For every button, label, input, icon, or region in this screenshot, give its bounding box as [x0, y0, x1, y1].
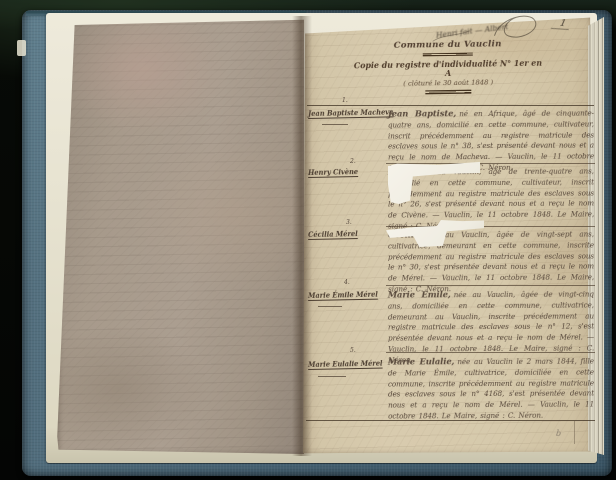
- margin-dash: [322, 124, 348, 125]
- closing-date: ( clôturé le 30 août 1848 ): [352, 78, 544, 89]
- spine-label-tab: [17, 40, 26, 56]
- entry-number: 1.: [342, 97, 348, 104]
- commune-title: Commune du Vauclin: [352, 39, 544, 52]
- left-page-blank: [56, 18, 304, 454]
- header-rule-bottom: [425, 90, 471, 94]
- page-header: Commune du Vauclin Copie du registre d'i…: [352, 39, 545, 99]
- entry-margin-name: Cécilia Mérel: [308, 229, 378, 239]
- entry-number: 2.: [350, 158, 356, 165]
- margin-dash: [318, 376, 346, 377]
- entry-separator: [386, 226, 595, 227]
- entry-body: née au Vauclin, âgée de vingt-cinq ans, …: [388, 289, 594, 364]
- entry-margin-name: Jean Baptiste Macheva: [308, 108, 378, 118]
- page-bottom-rule: [306, 420, 595, 421]
- entry-separator: [386, 285, 595, 286]
- header-rule-top: [423, 53, 473, 57]
- archival-book-scan: Henri fait — Albert 1 Commune du Vauclin…: [0, 0, 616, 480]
- entry-text: Marie Eulalie,née au Vauclin le 2 mars 1…: [388, 355, 594, 422]
- entry-number: 5.: [350, 347, 356, 354]
- register-title: Copie du registre d'individualité N° 1er…: [352, 59, 544, 80]
- entry-separator: [386, 352, 595, 353]
- entry-separator: [386, 163, 595, 164]
- entry-body: né au Vauclin, âgé de trente-quatre ans,…: [388, 166, 594, 230]
- entry-lead-name: Jean Baptiste,: [388, 108, 456, 118]
- entry-margin-name: Marie Eulalie Mérel: [308, 359, 378, 369]
- entry-text: Marie Émile,née au Vauclin, âgée de ving…: [388, 288, 594, 366]
- fold-crease-line: [574, 421, 575, 444]
- entry-margin-name: Marie Émile Mérel: [308, 290, 378, 300]
- entry-number: 3.: [346, 219, 352, 226]
- entry-margin-name: Henry Civène: [308, 167, 378, 177]
- header-separator-rule: [307, 105, 594, 106]
- entry-lead-name: Marie Eulalie,: [388, 356, 455, 366]
- entry-number: 4.: [344, 279, 350, 286]
- margin-dash: [318, 306, 342, 307]
- entry-lead-name: Marie Émile,: [388, 289, 451, 299]
